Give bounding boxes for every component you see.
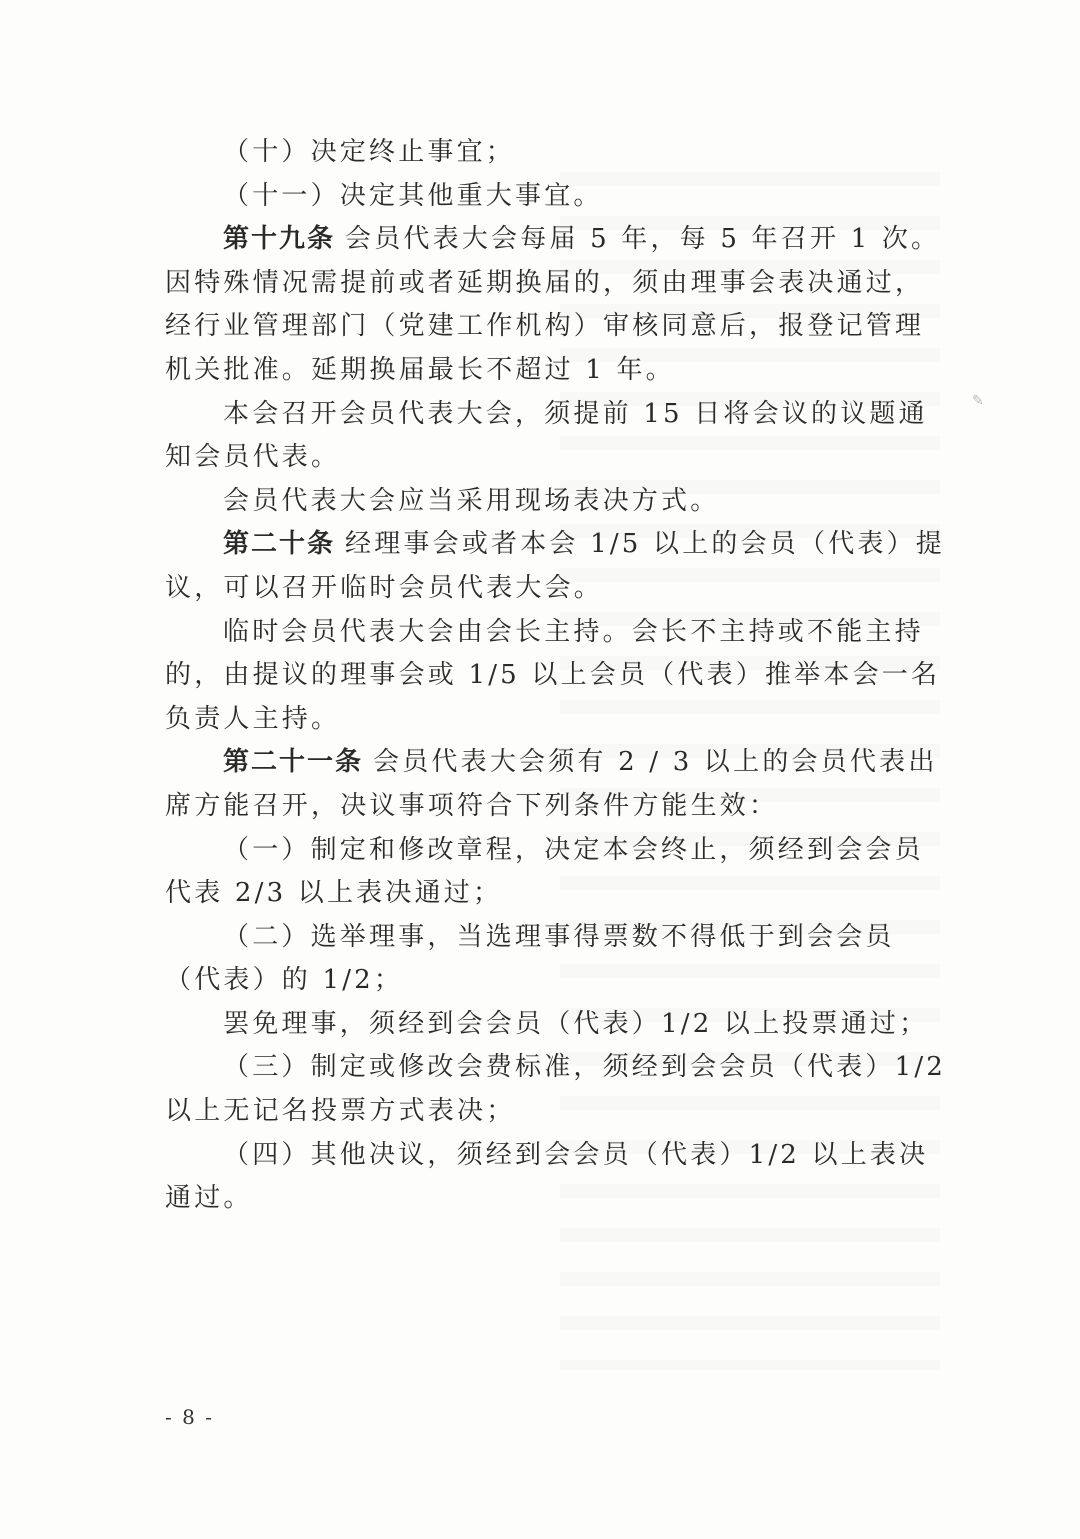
line-text: 经理事会或者本会 1/5 以上的会员（代表）提	[345, 529, 945, 559]
text-line: 罢免理事，须经到会会员（代表）1/2 以上投票通过；	[165, 1003, 917, 1047]
line-text: 以上无记名投票方式表决；	[165, 1096, 515, 1126]
line-text: （一）制定和修改章程，决定本会终止，须经到会会员	[223, 835, 924, 865]
line-text: 通过。	[165, 1183, 253, 1213]
text-line: （十）决定终止事宜；	[165, 131, 917, 175]
article-heading-line: 第十九条会员代表大会每届 5 年，每 5 年召开 1 次。	[165, 218, 917, 262]
line-text: （代表）的 1/2；	[165, 965, 403, 995]
text-line: （十一）决定其他重大事宜。	[165, 175, 917, 219]
text-line: 代表 2/3 以上表决通过；	[165, 872, 917, 916]
article-number: 第二十一条	[223, 747, 363, 777]
article-heading-line: 第二十一条会员代表大会须有 2 / 3 以上的会员代表出	[165, 741, 917, 785]
line-text: 议，可以召开临时会员代表大会。	[165, 573, 603, 603]
line-text: 经行业管理部门（党建工作机构）审核同意后，报登记管理	[165, 311, 924, 341]
text-line: 机关批准。延期换届最长不超过 1 年。	[165, 349, 917, 393]
article-heading-line: 第二十条经理事会或者本会 1/5 以上的会员（代表）提	[165, 523, 917, 567]
text-line: 通过。	[165, 1177, 917, 1221]
text-line: （三）制定或修改会费标准，须经到会会员（代表）1/2	[165, 1046, 917, 1090]
text-line: （代表）的 1/2；	[165, 959, 917, 1003]
text-line: 负责人主持。	[165, 698, 917, 742]
document-page: ✎ （十）决定终止事宜；（十一）决定其他重大事宜。第十九条会员代表大会每届 5 …	[0, 0, 1080, 1539]
document-body: （十）决定终止事宜；（十一）决定其他重大事宜。第十九条会员代表大会每届 5 年，…	[165, 131, 917, 1221]
line-text: （十）决定终止事宜；	[223, 137, 515, 167]
line-text: 临时会员代表大会由会长主持。会长不主持或不能主持	[223, 617, 924, 647]
line-text: 席方能召开，决议事项符合下列条件方能生效：	[165, 791, 778, 821]
line-text: 会员代表大会每届 5 年，每 5 年召开 1 次。	[345, 224, 940, 254]
line-text: （三）制定或修改会费标准，须经到会会员（代表）1/2	[223, 1052, 946, 1082]
text-line: 经行业管理部门（党建工作机构）审核同意后，报登记管理	[165, 305, 917, 349]
text-line: （二）选举理事，当选理事得票数不得低于到会会员	[165, 916, 917, 960]
line-text: 代表 2/3 以上表决通过；	[165, 878, 502, 908]
text-line: 临时会员代表大会由会长主持。会长不主持或不能主持	[165, 611, 917, 655]
line-text: 知会员代表。	[165, 442, 340, 472]
line-text: 因特殊情况需提前或者延期换届的，须由理事会表决通过，	[165, 268, 924, 298]
line-text: 会员代表大会应当采用现场表决方式。	[223, 486, 719, 516]
scan-smudge: ✎	[972, 393, 998, 411]
line-text: 的，由提议的理事会或 1/5 以上会员（代表）推举本会一名	[165, 660, 940, 690]
line-text: 本会召开会员代表大会，须提前 15 日将会议的议题通	[223, 399, 928, 429]
text-line: 以上无记名投票方式表决；	[165, 1090, 917, 1134]
text-line: 因特殊情况需提前或者延期换届的，须由理事会表决通过，	[165, 262, 917, 306]
line-text: （十一）决定其他重大事宜。	[223, 181, 603, 211]
line-text: 罢免理事，须经到会会员（代表）1/2 以上投票通过；	[223, 1009, 928, 1039]
line-text: 机关批准。延期换届最长不超过 1 年。	[165, 355, 675, 385]
line-text: 会员代表大会须有 2 / 3 以上的会员代表出	[373, 747, 938, 777]
line-text: 负责人主持。	[165, 704, 340, 734]
line-text: （四）其他决议，须经到会会员（代表）1/2 以上表决	[223, 1140, 928, 1170]
text-line: （一）制定和修改章程，决定本会终止，须经到会会员	[165, 829, 917, 873]
text-line: 本会召开会员代表大会，须提前 15 日将会议的议题通	[165, 393, 917, 437]
text-line: （四）其他决议，须经到会会员（代表）1/2 以上表决	[165, 1134, 917, 1178]
line-text: （二）选举理事，当选理事得票数不得低于到会会员	[223, 922, 895, 952]
text-line: 的，由提议的理事会或 1/5 以上会员（代表）推举本会一名	[165, 654, 917, 698]
text-line: 会员代表大会应当采用现场表决方式。	[165, 480, 917, 524]
text-line: 议，可以召开临时会员代表大会。	[165, 567, 917, 611]
text-line: 席方能召开，决议事项符合下列条件方能生效：	[165, 785, 917, 829]
article-number: 第十九条	[223, 224, 335, 254]
page-number: - 8 -	[165, 1405, 214, 1429]
article-number: 第二十条	[223, 529, 335, 559]
text-line: 知会员代表。	[165, 436, 917, 480]
